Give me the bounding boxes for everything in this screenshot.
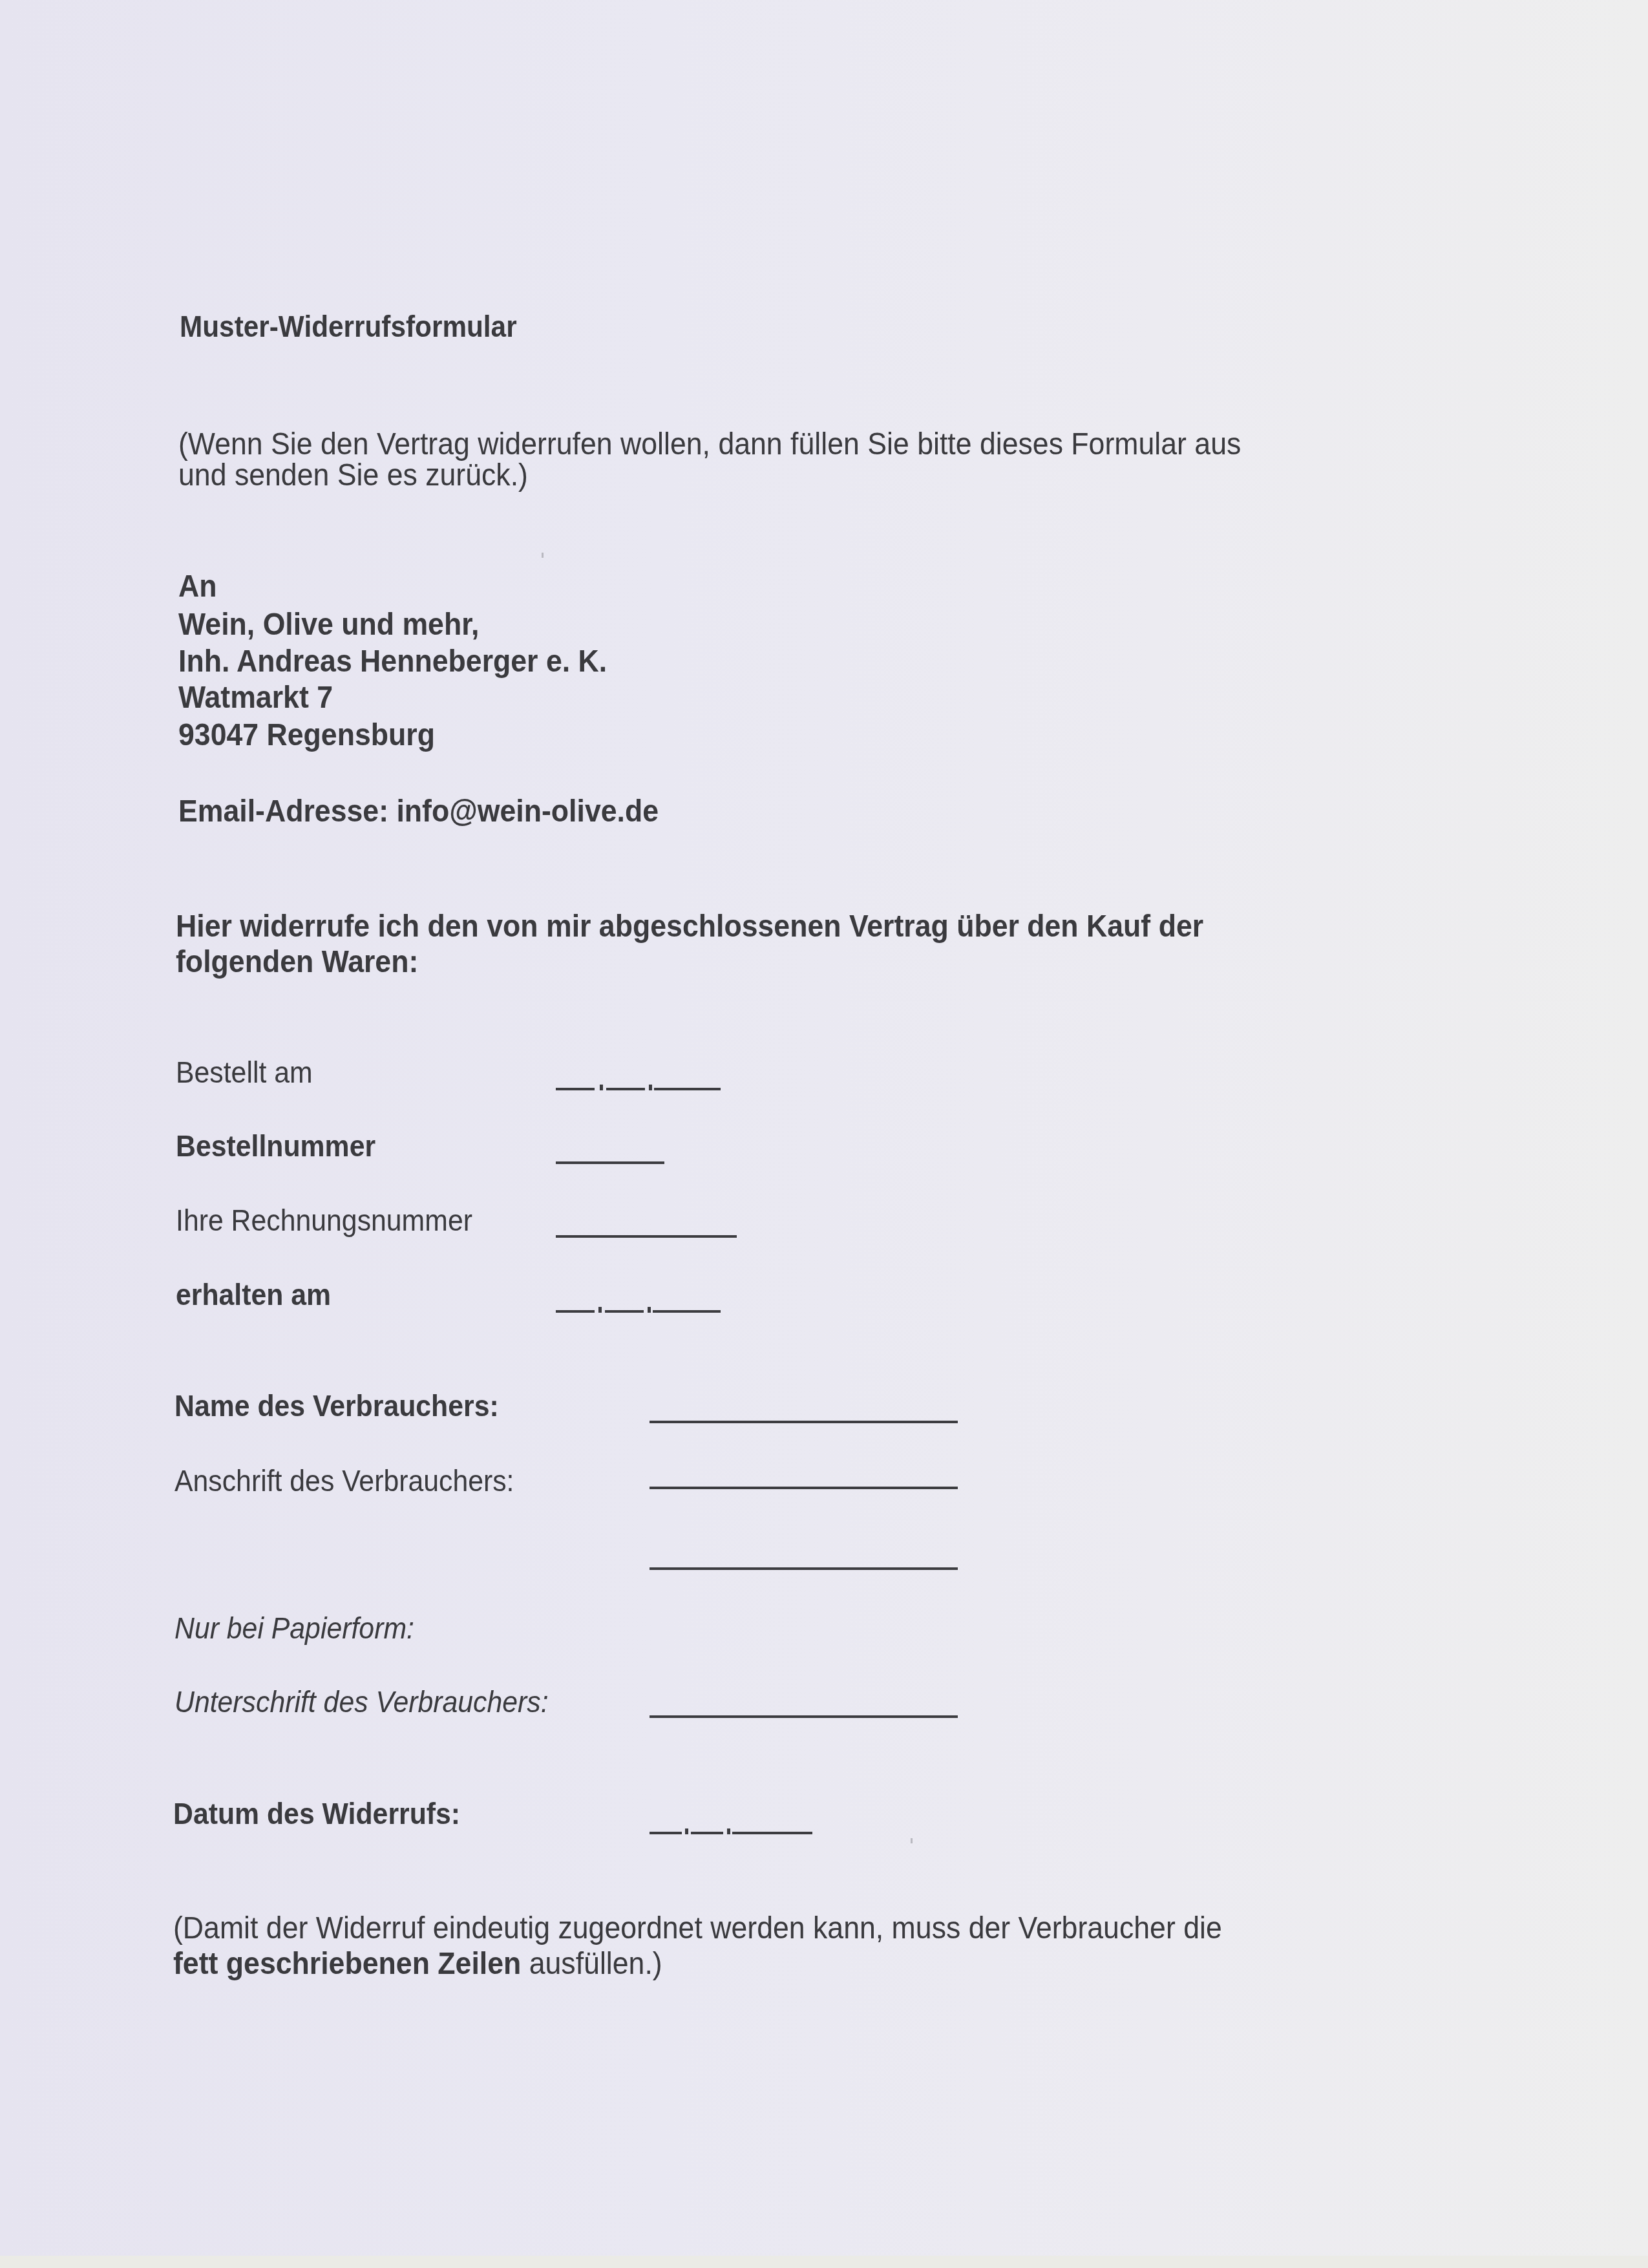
intro-line-1: (Wenn Sie den Vertrag widerrufen wollen,… [178, 429, 1241, 460]
footnote-rest-text: ausfüllen.) [521, 1947, 662, 1981]
paper-only-note: Nur bei Papierform: [174, 1613, 414, 1643]
recipient-city: 93047 Regensburg [178, 720, 435, 751]
order-number-label: Bestellnummer [176, 1131, 375, 1161]
recipient-company: Wein, Olive und mehr, [178, 609, 480, 641]
recipient-owner: Inh. Andreas Henneberger e. K. [178, 646, 607, 677]
footnote-bold-text: fett geschriebenen Zeilen [173, 1947, 521, 1981]
consumer-address-label: Anschrift des Verbrauchers: [174, 1466, 514, 1496]
recipient-street: Watmarkt 7 [178, 683, 333, 714]
consumer-name-label: Name des Verbrauchers: [174, 1391, 499, 1421]
recipient-salutation: An [178, 571, 217, 602]
recipient-email: Email-Adresse: info@wein-olive.de [178, 796, 659, 827]
declaration-line-1: Hier widerrufe ich den von mir abgeschlo… [176, 911, 1203, 942]
signature-label: Unterschrift des Verbrauchers: [174, 1687, 549, 1717]
invoice-number-label: Ihre Rechnungsnummer [176, 1205, 472, 1235]
scan-bottom-edge [0, 2256, 1648, 2268]
consumer-address-field-line-2[interactable] [650, 1567, 958, 1570]
ordered-on-label: Bestellt am [176, 1057, 313, 1087]
received-on-label: erhalten am [176, 1280, 331, 1309]
scan-speck [542, 553, 544, 558]
received-on-date-field[interactable] [556, 1305, 721, 1313]
revocation-date-field[interactable] [650, 1827, 812, 1834]
signature-field[interactable] [650, 1715, 958, 1718]
consumer-address-field[interactable] [650, 1487, 958, 1489]
scan-speck [911, 1838, 913, 1843]
revocation-date-label: Datum des Widerrufs: [173, 1799, 460, 1828]
intro-line-2: und senden Sie es zurück.) [178, 460, 528, 491]
order-number-field[interactable] [556, 1161, 664, 1164]
consumer-name-field[interactable] [650, 1421, 958, 1423]
invoice-number-field[interactable] [556, 1235, 737, 1238]
footnote-line-2: fett geschriebenen Zeilen ausfüllen.) [173, 1949, 662, 1980]
ordered-on-date-field[interactable] [556, 1083, 721, 1090]
page-title: Muster-Widerrufsformular [180, 312, 517, 341]
declaration-line-2: folgenden Waren: [176, 947, 418, 978]
footnote-line-1: (Damit der Widerruf eindeutig zugeordnet… [173, 1913, 1222, 1944]
